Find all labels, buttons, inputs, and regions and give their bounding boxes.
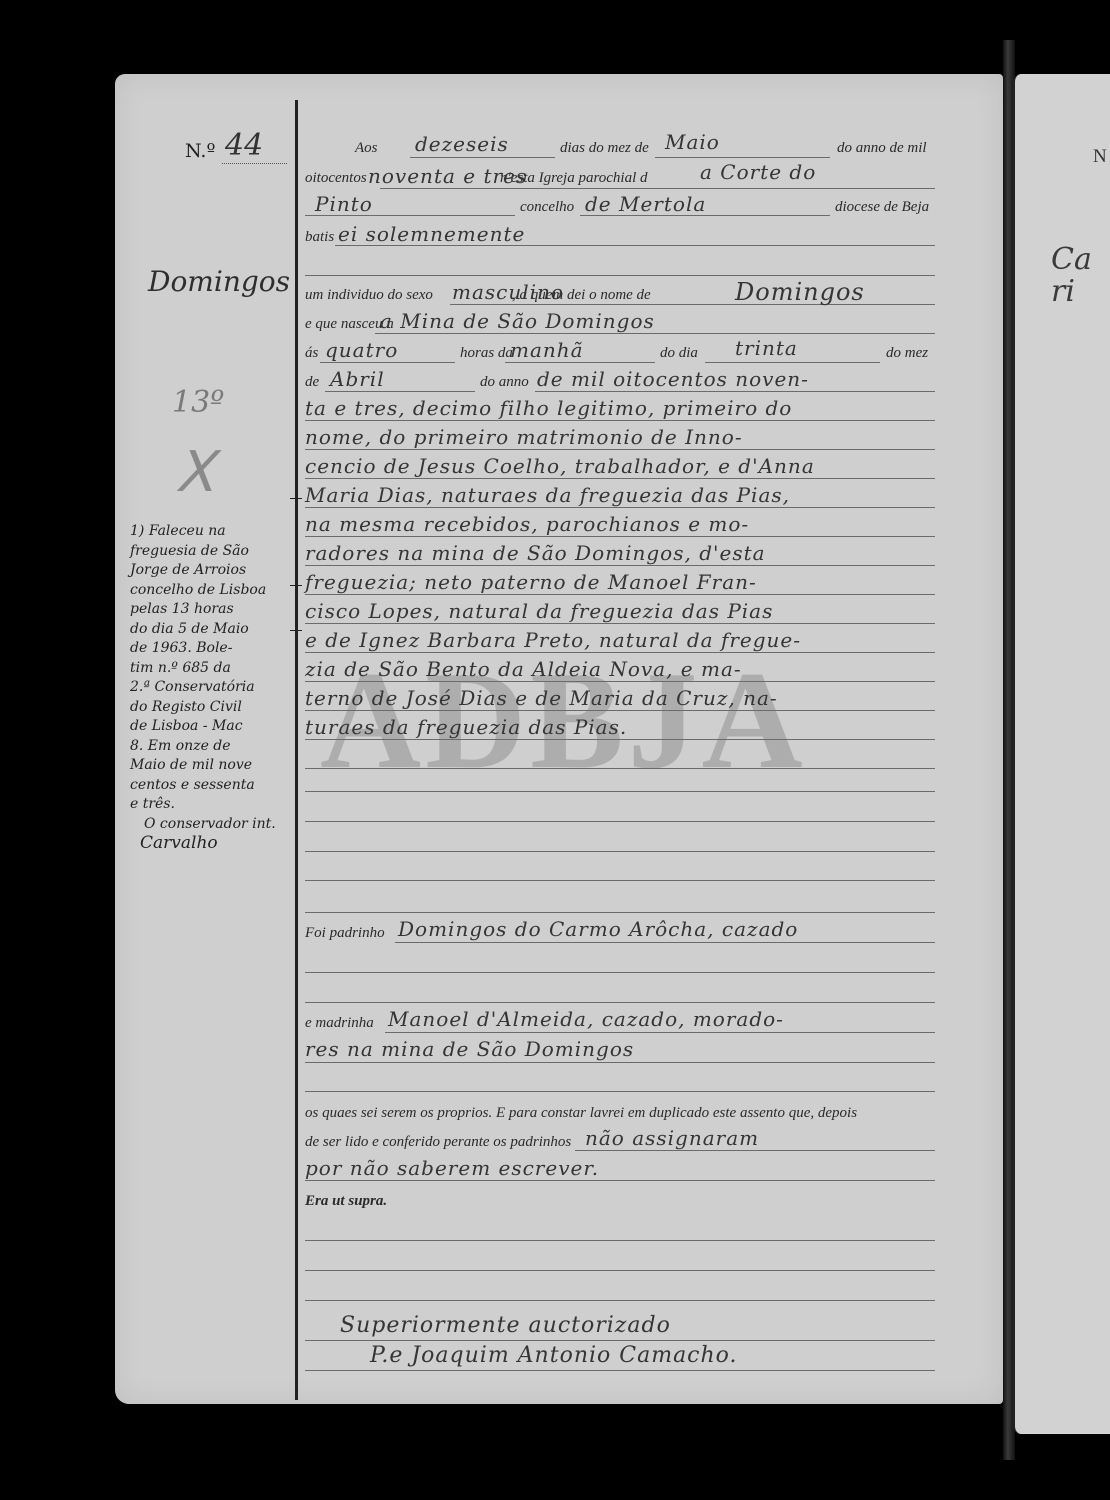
- rule: [535, 391, 935, 392]
- rule: [305, 507, 935, 508]
- rule: [385, 1032, 935, 1033]
- label-diocese: diocese de Beja: [835, 199, 929, 216]
- label-closing-2: de ser lido e conferido perante os padri…: [305, 1134, 571, 1151]
- rule: [305, 536, 935, 537]
- rule: [320, 362, 455, 363]
- label-do-anno-de-mil: do anno de mil: [837, 140, 927, 157]
- value-birth-month: Abril: [330, 367, 385, 391]
- label-concelho: concelho: [520, 199, 574, 216]
- value-godmother-1: Manoel d'Almeida, cazado, morado-: [388, 1007, 784, 1031]
- value-given-name: Domingos: [735, 278, 865, 306]
- margin-rule: [295, 100, 298, 1400]
- label-dias-do-mez: dias do mez de: [560, 140, 649, 157]
- rule: [305, 710, 935, 711]
- rule: [305, 1002, 935, 1003]
- adjacent-number-label: N: [1093, 146, 1107, 168]
- value-birth-hour: quatro: [325, 338, 398, 362]
- value-parish: a Corte do: [700, 160, 816, 184]
- rule: [305, 420, 935, 421]
- rule: [375, 333, 935, 334]
- value-signature-note-2: por não saberem escrever.: [305, 1156, 599, 1180]
- rule: [305, 623, 935, 624]
- value-birth-period: manhã: [510, 338, 584, 362]
- rule: [505, 362, 655, 363]
- rule: [705, 362, 880, 363]
- label-do-dia: do dia: [660, 345, 698, 362]
- value-municipality: de Mertola: [585, 192, 706, 216]
- label-closing-1: os quaes sei serem os proprios. E para c…: [305, 1105, 857, 1122]
- rule: [305, 1300, 935, 1301]
- rule: [305, 1062, 935, 1063]
- margin-death-annotation: 1) Faleceu na freguesia de São Jorge de …: [130, 522, 295, 854]
- rule: [305, 1370, 935, 1371]
- rule: [410, 157, 555, 158]
- value-year-suffix: noventa e tres: [368, 164, 527, 188]
- rule: [305, 972, 935, 973]
- rule: [305, 912, 935, 913]
- rule: [380, 188, 935, 189]
- entry-number-label: N.º: [185, 140, 215, 162]
- adjacent-handwriting: Ca ri: [1051, 244, 1092, 308]
- value-day: dezeseis: [415, 132, 509, 156]
- label-do-anno: do anno: [480, 374, 529, 391]
- rule: [655, 157, 830, 158]
- label-batis: batis: [305, 229, 334, 246]
- value-godmother-2: res na mina de São Domingos: [305, 1037, 634, 1061]
- rule: [305, 851, 935, 852]
- value-godfather: Domingos do Carmo Arôcha, cazado: [398, 917, 798, 941]
- value-authorization: Superiormente auctorizado: [340, 1313, 671, 1338]
- rule: [305, 1270, 935, 1271]
- rule: [305, 594, 935, 595]
- rule: [305, 880, 935, 881]
- rule: [305, 565, 935, 566]
- margin-child-name: Domingos: [148, 265, 290, 298]
- label-horas-da: horas da: [460, 345, 513, 362]
- rule: [305, 1240, 935, 1241]
- rule: [325, 391, 475, 392]
- label-oitocentos: oitocentos: [305, 170, 367, 187]
- label-um-individuo: um individuo do sexo: [305, 287, 433, 304]
- margin-tick: [290, 498, 302, 499]
- label-do-mez: do mez: [886, 345, 928, 362]
- rule: [575, 1150, 935, 1151]
- rule: [305, 821, 935, 822]
- label-e-madrinha: e madrinha: [305, 1015, 374, 1032]
- value-birth-day: trinta: [735, 336, 798, 360]
- entry-number: 44: [225, 128, 263, 163]
- value-baptism-manner: ei solemnemente: [338, 222, 525, 246]
- rule: [305, 478, 935, 479]
- rule: [305, 1180, 935, 1181]
- entry-number-line: [222, 163, 287, 164]
- margin-ordinal: 13º: [172, 385, 224, 420]
- rule: [305, 1340, 935, 1341]
- rule: [305, 768, 935, 769]
- rule: [305, 652, 935, 653]
- value-parish-cont: Pinto: [315, 192, 373, 216]
- label-era-ut-supra: Era ut supra.: [305, 1193, 387, 1210]
- rule: [305, 739, 935, 740]
- rule: [305, 681, 935, 682]
- value-month: Maio: [665, 130, 720, 154]
- label-foi-padrinho: Foi padrinho: [305, 925, 385, 942]
- value-birth-year: de mil oitocentos noven-: [537, 367, 809, 391]
- value-sex: masculino: [452, 280, 564, 304]
- label-de: de: [305, 374, 319, 391]
- value-signature-note-1: não assignaram: [585, 1126, 759, 1150]
- label-as: ás: [305, 345, 318, 362]
- adjacent-page: N Ca ri: [1013, 74, 1110, 1434]
- value-birthplace: a Mina de São Domingos: [380, 309, 655, 333]
- label-aos: Aos: [355, 140, 378, 157]
- rule: [305, 449, 935, 450]
- rule: [395, 942, 935, 943]
- rule: [305, 1091, 935, 1092]
- rule: [305, 275, 935, 276]
- rule: [305, 791, 935, 792]
- priest-signature: P.e Joaquim Antonio Camacho.: [370, 1343, 738, 1368]
